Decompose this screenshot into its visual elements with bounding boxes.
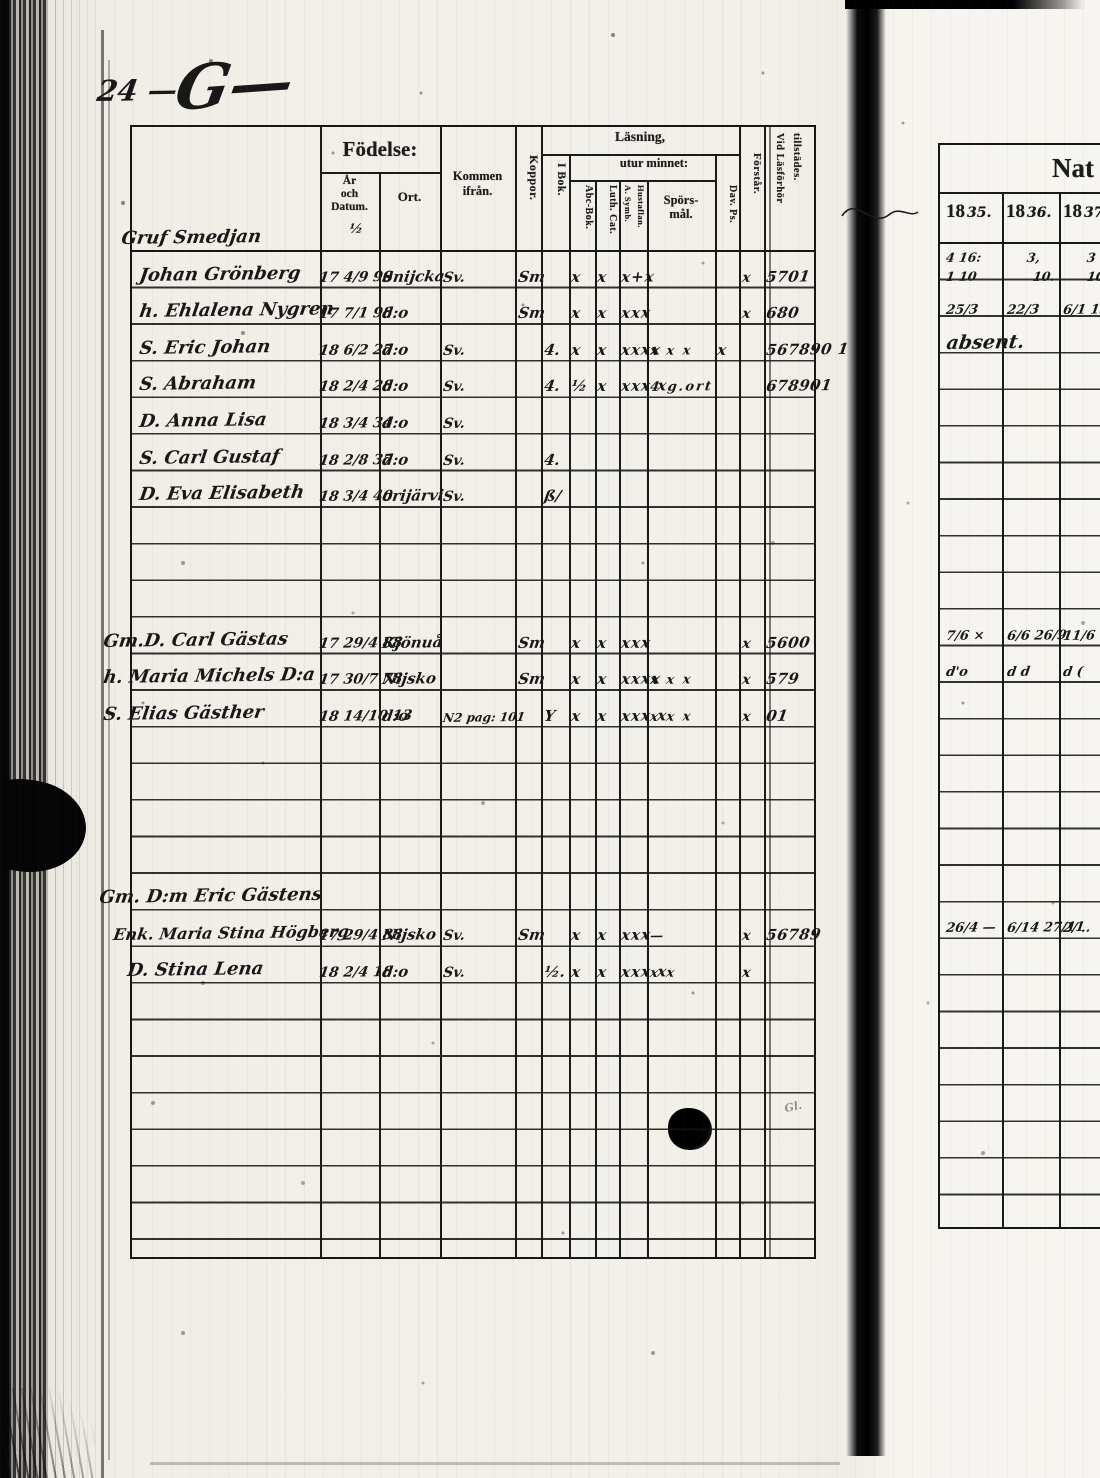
page-fold-line xyxy=(108,60,110,1460)
ort-cell: Nijsko xyxy=(381,669,446,688)
name-cell: S. Elias Gästher xyxy=(102,702,265,725)
ort-cell: orijärvi xyxy=(381,486,446,505)
ort-cell: d:o xyxy=(381,413,446,432)
table-row-grid xyxy=(940,242,1100,1227)
ort-cell: d:o xyxy=(381,962,446,981)
gutter-squiggle xyxy=(838,192,922,234)
birth-cell: 18 2/4 28 xyxy=(318,378,382,395)
mark-cell: 4. xyxy=(543,451,561,469)
table-row: S. Eric Johan 18 6/2 27 d:o Sv. 4. x x x… xyxy=(132,326,814,360)
scan-top-strip xyxy=(845,0,1085,9)
mark-cell: x xyxy=(596,304,608,322)
tillstades-cell: 579 xyxy=(765,670,800,688)
date-cell: 11/6 — xyxy=(1062,628,1100,644)
ort-cell: d:o xyxy=(381,303,446,322)
name-cell: S. Eric Johan xyxy=(138,336,272,359)
mark-cell: x x x xyxy=(649,672,694,688)
birth-cell: 18 3/4 34 xyxy=(318,415,382,432)
year-column-header: 1836. xyxy=(1006,201,1051,223)
scan-left-edge xyxy=(0,0,9,1478)
kommen-cell: Sv. xyxy=(442,415,520,432)
date-cell: 6/6 26/9 xyxy=(1006,628,1068,644)
date-cell: 2/ .. xyxy=(1062,921,1092,936)
mark-cell: ½. xyxy=(543,963,567,981)
table-row: h. Ehlalena Nygren 17 7/1 98 d:o Sm x x … xyxy=(132,289,814,323)
mark-cell: x xyxy=(741,965,752,981)
date-cell: 6/1 15/10 xyxy=(1062,302,1100,318)
page-fold-line xyxy=(101,30,104,1478)
kommen-cell: Sv. xyxy=(442,378,520,395)
tillstades-cell: 678901 xyxy=(765,376,833,395)
mark-cell: 4. xyxy=(543,341,561,359)
ditto-cell: d ( xyxy=(1062,665,1084,680)
mark-cell: x xyxy=(596,634,608,652)
mark-cell: x+x xyxy=(620,268,656,286)
mark-cell: x xyxy=(596,341,608,359)
ort-cell: d:o xyxy=(381,340,446,359)
header-kommen-ifran: Kommen ifrån. xyxy=(440,169,515,199)
scan-bottom-left-marks xyxy=(0,1388,95,1478)
mark-cell: Y xyxy=(543,707,556,725)
household-header: Gm. D:m Eric Gästens xyxy=(98,884,323,908)
koppor-cell: Sm xyxy=(517,304,546,322)
date-cell: 4 16: xyxy=(945,250,982,265)
mark-cell: x xyxy=(741,672,752,688)
year-column-header: 1835. xyxy=(946,201,991,223)
mark-cell: x xyxy=(570,670,582,688)
birth-cell: 17 7/1 98 xyxy=(318,305,382,322)
tillstades-cell: 01 xyxy=(765,707,790,725)
tillstades-cell: 567890 1 xyxy=(765,340,850,359)
koppor-cell: Sm xyxy=(517,634,546,652)
table-row: Gm.D. Carl Gästas 17 29/4 88 Kjönuå Sm x… xyxy=(132,619,814,653)
mark-cell: xxx xyxy=(620,304,653,322)
mark-cell: x xyxy=(741,306,752,322)
mark-cell: x xyxy=(570,926,582,944)
kommen-cell: Sv. xyxy=(442,342,520,359)
date-cell: 7/6 × xyxy=(945,628,986,644)
ort-cell: Snijcka xyxy=(381,267,446,286)
mark-cell: x xyxy=(570,304,582,322)
table-row: d'o d d d ( xyxy=(940,647,1100,681)
mark-cell: x xyxy=(596,707,608,725)
mark-cell: x x x xyxy=(649,343,694,359)
birth-cell: 17 29/4 88 xyxy=(318,927,382,944)
kommen-cell: Sv. xyxy=(442,964,520,981)
tillstades-cell: 680 xyxy=(765,304,800,322)
page-number: 24 — xyxy=(95,73,180,108)
koppor-cell: Sm xyxy=(517,670,546,688)
table-row: Gruf Smedjan xyxy=(132,216,814,250)
mark-cell: ½ xyxy=(570,377,588,395)
mark-cell: ß/ xyxy=(543,487,563,505)
mark-cell: x xyxy=(570,963,582,981)
table-row: Gm. D:m Eric Gästens xyxy=(132,875,814,909)
mark-cell: x x xyxy=(649,966,677,981)
tillstades-cell: 5600 xyxy=(765,633,811,652)
table-row: 26/4 — 6/14 27/11 2/ .. xyxy=(940,903,1100,937)
ditto-cell: d'o xyxy=(945,665,969,680)
household-header: Gruf Smedjan xyxy=(120,226,263,249)
mark-cell: 4. xyxy=(543,377,561,395)
birth-cell: 18 2/4 18 xyxy=(318,964,382,981)
table-row: Enk. Maria Stina Högberg 17 29/4 88 Nijs… xyxy=(132,911,814,945)
date-cell: 25/3 xyxy=(945,303,979,318)
mark-cell: xxx xyxy=(620,634,653,652)
birth-cell: 18 14/10 13 xyxy=(318,708,382,725)
table-row: S. Abraham 18 2/4 28 d:o Sv. 4. ½ x xxx … xyxy=(132,362,814,396)
header-ar-och-datum: År och Datum. xyxy=(320,175,379,214)
ort-cell: Nijsko xyxy=(381,925,446,944)
scanned-ledger-page: 24 — G— ½ Gl. Födelse: År och Datum. Ort… xyxy=(0,0,1100,1478)
table-row: D. Eva Elisabeth 18 3/4 40 orijärvi Sv. … xyxy=(132,472,814,506)
header-utur-minnet: utur minnet: xyxy=(569,156,739,178)
name-cell: Johan Grönberg xyxy=(138,263,302,286)
mark-cell: x x x xyxy=(649,709,694,725)
header-fodelse: Födelse: xyxy=(320,129,440,171)
mark-cell: x xyxy=(741,636,752,652)
mark-cell: x xyxy=(596,268,608,286)
tillstades-cell: 56789 xyxy=(765,925,822,944)
table-row: S. Carl Gustaf 18 2/8 37 d:o Sv. 4. xyxy=(132,436,814,470)
parish-register-table: Födelse: År och Datum. Ort. Kommen ifrån… xyxy=(130,125,816,1259)
mark-cell: x xyxy=(570,707,582,725)
kommen-cell: N2 pag: 101 xyxy=(442,710,520,725)
header-ort: Ort. xyxy=(379,189,440,205)
mark-cell: x xyxy=(741,709,752,725)
mark-cell: x xyxy=(570,268,582,286)
table-row: h. Maria Michels D:a 17 30/7 78 Nijsko S… xyxy=(132,655,814,689)
date-cell: 10. xyxy=(1032,269,1056,284)
name-cell: h. Maria Michels D:a xyxy=(102,664,316,688)
ort-cell: d:o xyxy=(381,376,446,395)
header-lasning: Läsning, xyxy=(541,129,739,153)
table-row: Johan Grönberg 17 4/9 90 Snijcka Sv. Sm … xyxy=(132,253,814,287)
ort-cell: d:o xyxy=(381,450,446,469)
tillstades-cell: 5701 xyxy=(765,267,811,286)
kommen-cell: Sv. xyxy=(442,488,520,505)
year-column-header: 1837 xyxy=(1063,201,1100,223)
date-cell: 3, xyxy=(1026,250,1041,265)
scan-left-streaks xyxy=(9,0,47,1478)
right-page-title: Nat xyxy=(1052,153,1094,184)
date-cell: 26/4 — xyxy=(945,920,997,936)
table-row: S. Elias Gästher 18 14/10 13 d:o N2 pag:… xyxy=(132,692,814,726)
name-cell: D. Eva Elisabeth xyxy=(138,482,306,505)
birth-cell: 18 2/8 37 xyxy=(318,452,382,469)
table-row: 7/6 × 6/6 26/9 11/6 — xyxy=(940,611,1100,645)
scan-bottom-streak xyxy=(150,1462,840,1465)
section-letter: G— xyxy=(170,44,300,125)
mark-cell: x xyxy=(741,928,752,944)
table-row: 25/3 22/3 6/1 15/10 xyxy=(940,285,1100,319)
mark-cell: x xyxy=(596,670,608,688)
table-row: absent. xyxy=(940,321,1100,355)
table-row: 4 16: 1 10 3, 10. 3 10 xyxy=(940,245,1100,285)
birth-cell: 17 29/4 88 xyxy=(318,635,382,652)
mark-cell: 4 g.ort xyxy=(649,379,714,395)
mark-cell: x xyxy=(716,341,728,359)
name-cell: h. Ehlalena Nygren xyxy=(138,298,335,322)
name-cell: S. Abraham xyxy=(138,372,258,395)
date-cell: 10 xyxy=(1086,269,1100,284)
koppor-cell: Sm xyxy=(517,268,546,286)
name-cell: D. Anna Lisa xyxy=(138,409,268,432)
birth-cell: 18 6/2 27 xyxy=(318,342,382,359)
communion-table: Nat 1835. 1836. 1837 4 16: 1 10 3, 10. 3… xyxy=(938,143,1100,1229)
birth-cell: 17 30/7 78 xyxy=(318,671,382,688)
note-cell: absent. xyxy=(945,331,1026,354)
ort-cell: Kjönuå xyxy=(381,633,446,652)
table-row: D. Anna Lisa 18 3/4 34 d:o Sv. xyxy=(132,399,814,433)
mark-cell: — xyxy=(649,929,666,944)
ditto-cell: d d xyxy=(1006,665,1031,680)
kommen-cell: Sv. xyxy=(442,927,520,944)
kommen-cell: Sv. xyxy=(442,452,520,469)
mark-cell: x xyxy=(596,963,608,981)
mark-cell: x xyxy=(570,634,582,652)
date-cell: 22/3 xyxy=(1006,303,1040,318)
mark-cell: x xyxy=(596,926,608,944)
kommen-cell: Sv. xyxy=(442,269,520,286)
birth-cell: 18 3/4 40 xyxy=(318,488,382,505)
ort-cell: d:o xyxy=(381,706,446,725)
name-cell: Gm.D. Carl Gästas xyxy=(102,628,289,652)
koppor-cell: Sm xyxy=(517,926,546,944)
name-cell: S. Carl Gustaf xyxy=(138,446,281,469)
mark-cell: x xyxy=(596,377,608,395)
date-cell: 3 xyxy=(1086,250,1097,265)
mark-cell: x xyxy=(570,341,582,359)
mark-cell: xxx xyxy=(620,926,653,944)
scan-left-fade xyxy=(47,0,102,1478)
name-cell: D. Stina Lena xyxy=(126,958,265,981)
date-cell: 1 10 xyxy=(945,269,978,284)
birth-cell: 17 4/9 90 xyxy=(318,269,382,286)
table-row: D. Stina Lena 18 2/4 18 d:o Sv. ½. x x x… xyxy=(132,948,814,982)
name-cell: Enk. Maria Stina Högberg xyxy=(112,922,350,944)
mark-cell: x xyxy=(741,270,752,286)
paper-speckles xyxy=(0,0,2,2)
